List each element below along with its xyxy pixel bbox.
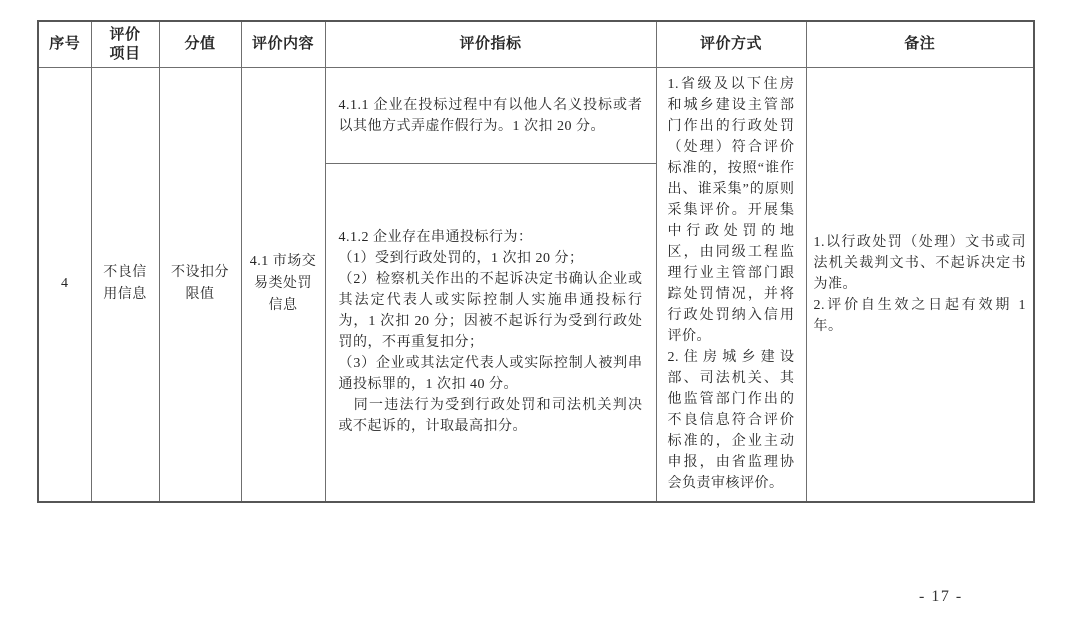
cell-indicator-4-1-1: 4.1.1 企业在投标过程中有以他人名义投标或者以其他方式弄虚作假行为。1 次扣…	[325, 68, 656, 164]
evaluation-table: 序号 评价 项目 分值 评价内容 评价指标 评价方式 备注 4 不良信 用信息 …	[37, 20, 1035, 503]
cell-content: 4.1 市场交 易类处罚 信息	[241, 68, 325, 502]
header-item: 评价 项目	[91, 21, 159, 68]
header-indicator: 评价指标	[325, 21, 656, 68]
header-content: 评价内容	[241, 21, 325, 68]
cell-indicator-4-1-2: 4.1.2 企业存在串通投标行为： （1）受到行政处罚的，1 次扣 20 分； …	[325, 164, 656, 502]
cell-item: 不良信 用信息	[91, 68, 159, 502]
page-number: - 17 -	[919, 588, 963, 606]
table-header-row: 序号 评价 项目 分值 评价内容 评价指标 评价方式 备注	[38, 21, 1034, 68]
table-body-row-top: 4 不良信 用信息 不设扣分 限值 4.1 市场交 易类处罚 信息 4.1.1 …	[38, 68, 1034, 164]
header-score: 分值	[159, 21, 241, 68]
document-page: 序号 评价 项目 分值 评价内容 评价指标 评价方式 备注 4 不良信 用信息 …	[0, 0, 1073, 620]
cell-remark: 1.以行政处罚（处理）文书或司法机关裁判文书、不起诉决定书为准。 2.评价自生效…	[806, 68, 1034, 502]
header-index: 序号	[38, 21, 91, 68]
cell-method: 1.省级及以下住房和城乡建设主管部门作出的行政处罚（处理）符合评价标准的，按照“…	[656, 68, 806, 502]
header-method: 评价方式	[656, 21, 806, 68]
cell-index: 4	[38, 68, 91, 502]
cell-score: 不设扣分 限值	[159, 68, 241, 502]
header-remark: 备注	[806, 21, 1034, 68]
